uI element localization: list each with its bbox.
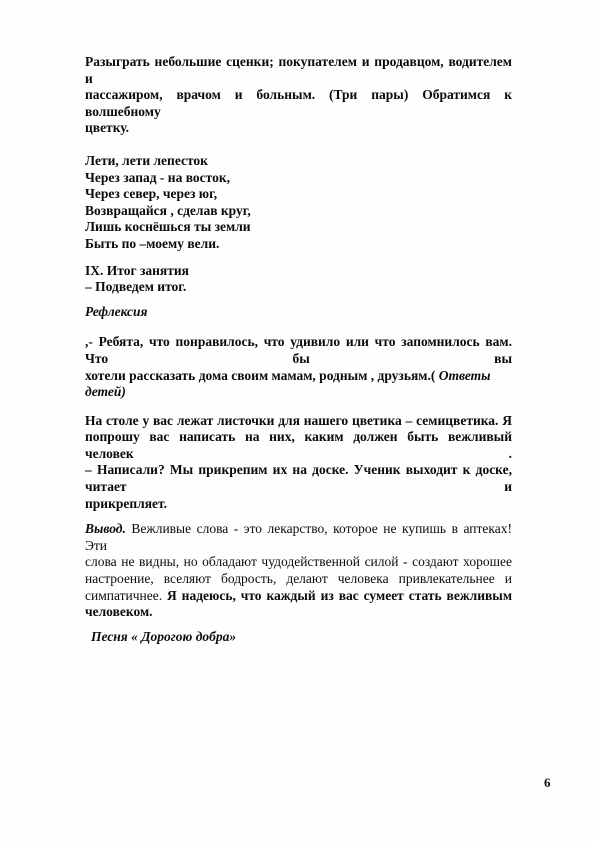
poem-line: Лети, лети лепесток	[85, 153, 512, 170]
page-number: 6	[544, 775, 551, 792]
paragraph-line: ,- Ребята, что понравилось, что удивило …	[85, 334, 512, 367]
paragraph-line: попрошу вас написать на них, каким долже…	[85, 429, 512, 462]
paragraph-line: пассажиром, врачом и больным. (Три пары)…	[85, 87, 512, 120]
poem-line: Возвращайся , сделав круг,	[85, 203, 512, 220]
paragraph-line: слова не видны, но обладают чудодействен…	[85, 554, 512, 571]
paragraph-line: На столе у вас лежат листочки для нашего…	[85, 413, 512, 430]
paragraph-roleplay-scenes: Разыграть небольшие сценки; покупателем …	[85, 54, 512, 137]
paragraph-line: симпатичнее. Я надеюсь, что каждый из ва…	[85, 588, 512, 605]
paragraph-flower-task: На столе у вас лежат листочки для нашего…	[85, 413, 512, 513]
document-page: Разыграть небольшие сценки; покупателем …	[0, 0, 595, 842]
section-heading: IX. Итог занятия	[85, 263, 512, 280]
paragraph-line: – Написали? Мы прикрепим их на доске. Уч…	[85, 462, 512, 495]
poem-line: Через север, через юг,	[85, 186, 512, 203]
poem-line: Через запад - на восток,	[85, 170, 512, 187]
section-subline: – Подведем итог.	[85, 279, 512, 296]
poem-line: Лишь коснёшься ты земли	[85, 219, 512, 236]
reflection-heading: Рефлексия	[85, 304, 512, 321]
section-lesson-summary: IX. Итог занятия – Подведем итог.	[85, 263, 512, 296]
paragraph-line: человеком.	[85, 604, 512, 621]
conclusion-label: Вывод.	[85, 521, 126, 536]
page-content: Разыграть небольшие сценки; покупателем …	[85, 54, 512, 645]
reflection-question-text: хотели рассказать дома своим мамам, родн…	[85, 368, 435, 383]
paragraph-conclusion: Вывод. Вежливые слова - это лекарство, к…	[85, 521, 512, 621]
conclusion-hope-sentence: Я надеюсь, что каждый из вас сумеет стат…	[167, 588, 512, 603]
paragraph-line: хотели рассказать дома своим мамам, родн…	[85, 368, 512, 401]
conclusion-text: Вежливые слова - это лекарство, которое …	[85, 521, 512, 553]
conclusion-text: симпатичнее.	[85, 588, 167, 603]
paragraph-line: настроение, вселяют бодрость, делают чел…	[85, 571, 512, 588]
poem-line: Быть по –моему вели.	[85, 236, 512, 253]
paragraph-line: цветку.	[85, 120, 512, 137]
song-title-line: Песня « Дорогою добра»	[85, 629, 512, 646]
paragraph-line: прикрепляет.	[85, 496, 512, 513]
paragraph-line: Вывод. Вежливые слова - это лекарство, к…	[85, 521, 512, 554]
paragraph-line: Разыграть небольшие сценки; покупателем …	[85, 54, 512, 87]
poem-fly-petal: Лети, лети лепесток Через запад - на вос…	[85, 153, 512, 253]
paragraph-reflection: ,- Ребята, что понравилось, что удивило …	[85, 334, 512, 400]
